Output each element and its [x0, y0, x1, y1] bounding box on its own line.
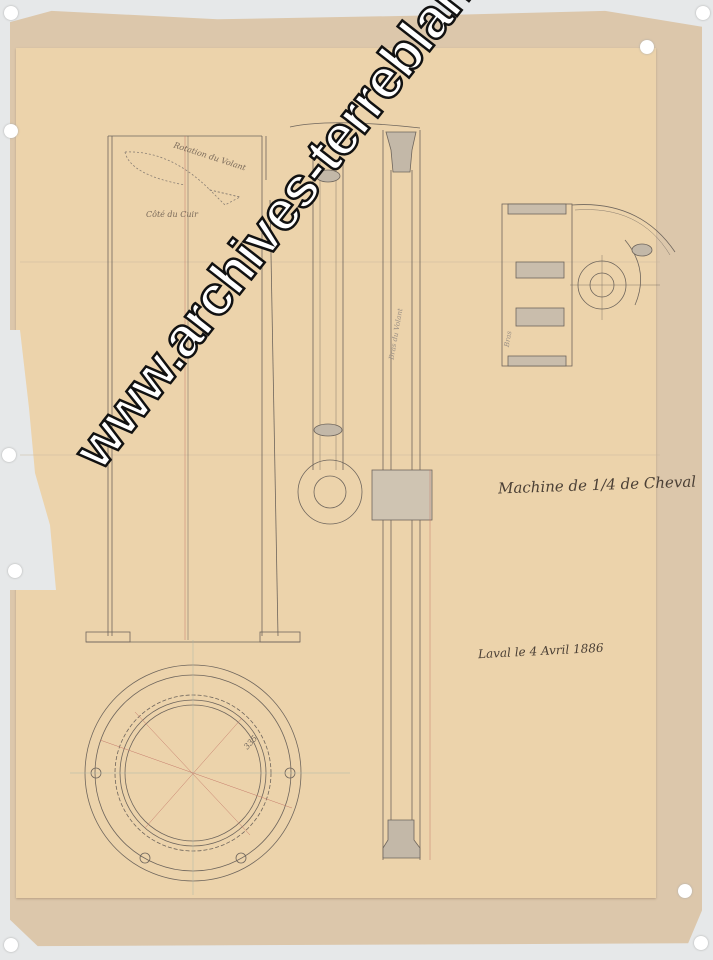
flange-plan-view [70, 640, 350, 895]
piston-column [372, 130, 432, 860]
pulley-detail [502, 204, 675, 366]
side-label: Côté du Cuir [146, 210, 198, 219]
